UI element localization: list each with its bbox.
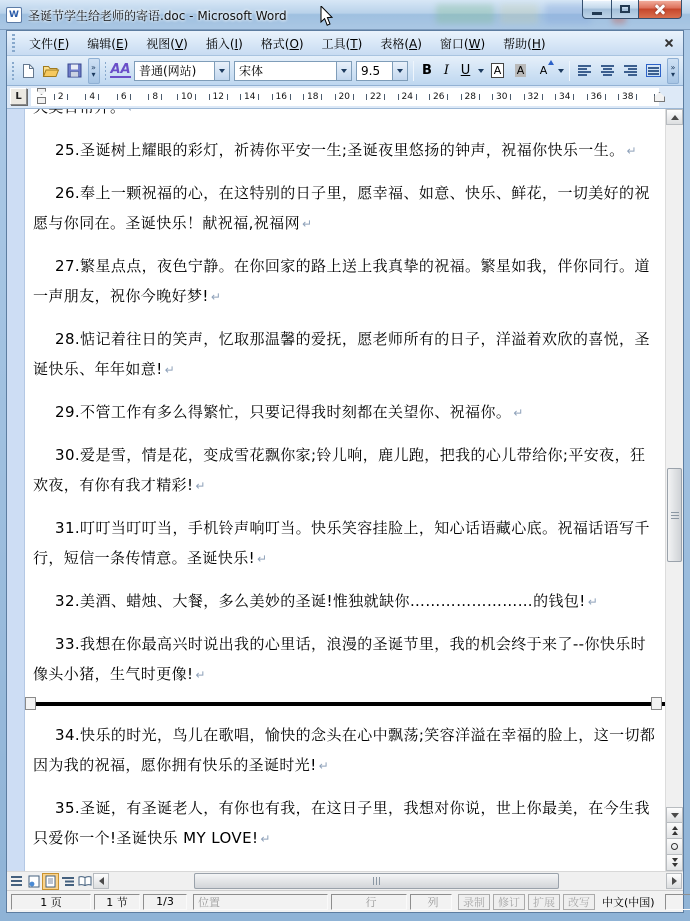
reading-layout-view-button[interactable]	[76, 873, 93, 890]
ruler-tick-cell: 8	[140, 92, 172, 102]
ruler-tick	[510, 94, 511, 100]
vertical-scrollbar[interactable]	[665, 109, 683, 871]
ruler-tick	[335, 94, 336, 100]
ruler-number: 32	[528, 92, 539, 102]
status-line: 行	[331, 894, 407, 910]
ruler-tick	[618, 94, 619, 100]
arrow-right-icon	[672, 877, 677, 885]
open-button[interactable]	[40, 59, 63, 82]
ruler-tick-cell: 30	[486, 92, 518, 102]
font-size-combobox[interactable]: 9.5	[356, 61, 408, 81]
ruler-tick	[492, 94, 493, 100]
character-border-icon: A	[491, 63, 505, 78]
font-dropdown-button[interactable]	[336, 62, 351, 80]
line-break-mark: ↵	[258, 832, 270, 846]
ruler-number: 18	[307, 92, 318, 102]
paragraph[interactable]: 天美日常开。↵	[33, 109, 657, 123]
ruler-tick	[177, 94, 178, 100]
ruler-tick-cell: 20	[329, 92, 361, 102]
status-empty-cell	[665, 894, 690, 910]
align-right-icon	[624, 65, 637, 76]
menu-item-8[interactable]: 窗口(W)	[431, 32, 494, 55]
paragraph-text: 26.奉上一颗祝福的心，在这特别的日子里，愿幸福、如意、快乐、鲜花，一切美好的祝…	[33, 184, 650, 232]
line-break-mark: ↵	[163, 363, 175, 377]
underline-dropdown-button[interactable]	[475, 59, 486, 82]
status-toggle-1[interactable]: 录制	[458, 894, 490, 910]
outline-view-button[interactable]	[59, 873, 76, 890]
ruler-tick	[85, 94, 86, 100]
vertical-scroll-thumb[interactable]	[667, 468, 682, 562]
ruler-number: 38	[622, 92, 633, 102]
dropdown-arrow-icon	[558, 69, 564, 73]
new-document-button[interactable]	[17, 59, 40, 82]
ruler-number: 10	[181, 92, 192, 102]
paragraph[interactable]: 35.圣诞，有圣诞老人，有你也有我，在这日子里，我想对你说，世上你最美，在今生我…	[33, 793, 657, 854]
scroll-left-button[interactable]	[93, 873, 109, 889]
ruler-tick-cell: 24	[392, 92, 424, 102]
page-left-margin-strip	[7, 109, 25, 871]
paragraph-text: 29.不管工作有多么得繁忙，只要记得我时刻都在关望你、祝福你。	[55, 403, 511, 421]
ruler-number: 8	[152, 92, 158, 102]
outline-view-icon	[62, 876, 74, 887]
tab-selector-button[interactable]: L	[10, 88, 27, 105]
ruler-tick	[67, 94, 68, 100]
hanging-indent-marker[interactable]	[37, 97, 46, 104]
save-floppy-icon	[67, 63, 82, 78]
status-toggle-3[interactable]: 扩展	[528, 894, 560, 910]
ruler-tick	[54, 94, 55, 100]
menu-item-1[interactable]: 文件(F)	[20, 32, 78, 55]
menu-drag-handle[interactable]	[12, 34, 17, 52]
paragraph[interactable]: 30.爱是雪，情是花，变成雪花飘你家;铃儿响，鹿儿跑，把我的心儿带给你;平安夜，…	[33, 440, 657, 501]
line-break-mark: ↵	[625, 144, 637, 158]
paragraph-text: 28.惦记着往日的笑声，忆取那温馨的爱抚，愿老师所有的日子，洋溢着欢欣的喜悦，圣…	[33, 330, 650, 378]
ruler-tick	[195, 94, 196, 100]
ruler-tick	[429, 94, 430, 100]
font-size-dropdown-button[interactable]	[392, 62, 407, 80]
save-button[interactable]	[63, 59, 86, 82]
ruler-tick	[227, 94, 228, 100]
distribute-icon	[646, 64, 661, 77]
ruler-number: 30	[496, 92, 507, 102]
font-combobox[interactable]: 宋体	[234, 61, 352, 81]
page-break-handle	[25, 697, 36, 710]
line-break-mark: ↵	[300, 217, 312, 231]
ruler-tick-cell: 22	[360, 92, 392, 102]
paragraph-text: 31.叮叮当叮叮当，手机铃声响叮当。快乐笑容挂脸上，知心话语藏心底。祝福话语写千…	[33, 519, 650, 567]
character-shading-button[interactable]: A	[509, 59, 532, 82]
maximize-button[interactable]	[611, 0, 639, 19]
status-column: 列	[410, 894, 452, 910]
ruler-number: 4	[89, 92, 95, 102]
underline-icon: U	[461, 63, 471, 78]
ruler-tick	[573, 94, 574, 100]
styles-icon: AA	[110, 63, 130, 78]
ruler-tick	[384, 94, 385, 100]
paragraph-text: 33.我想在你最高兴时说出我的心里话，浪漫的圣诞节里，我的机会终于来了--你快乐…	[33, 635, 646, 683]
ruler-tick	[98, 94, 99, 100]
ruler-tick-cell: 28	[455, 92, 487, 102]
select-browse-object-button[interactable]	[666, 838, 683, 855]
bold-button[interactable]: B	[417, 59, 437, 82]
ruler-tick-cell: 34	[549, 92, 581, 102]
line-break-mark: ↵	[586, 595, 598, 609]
ruler-tick-cell: 4	[77, 92, 109, 102]
toolbar-drag-handle[interactable]	[105, 62, 107, 80]
chevron-down-icon: ▾	[671, 71, 675, 78]
ruler-tick-cell: 26	[423, 92, 455, 102]
paragraph-text: 30.爱是雪，情是花，变成雪花飘你家;铃儿响，鹿儿跑，把我的心儿带给你;平安夜，…	[33, 446, 645, 494]
document-page[interactable]: 天美日常开。↵ 25.圣诞树上耀眼的彩灯，祈祷你平安一生;圣诞夜里悠扬的钟声，祝…	[25, 109, 665, 871]
status-page-number: 1 页	[11, 894, 91, 910]
paragraph[interactable]: 25.圣诞树上耀眼的彩灯，祈祷你平安一生;圣诞夜里悠扬的钟声，祝福你快乐一生。↵	[33, 135, 657, 166]
scroll-up-button[interactable]	[666, 109, 683, 125]
ruler-tick	[240, 94, 241, 100]
line-break-mark: ↵	[209, 290, 221, 304]
vertical-scroll-track[interactable]	[666, 125, 683, 807]
font-size-value: 9.5	[357, 64, 392, 78]
paragraph[interactable]: ↵	[33, 866, 657, 871]
window-title: 圣诞节学生给老师的寄语.doc - Microsoft Word	[28, 7, 287, 24]
ruler-tick	[447, 94, 448, 100]
ruler-tick	[636, 94, 637, 100]
print-layout-icon	[45, 875, 56, 888]
ruler-number: 22	[370, 92, 381, 102]
ruler-number: 6	[121, 92, 127, 102]
mouse-cursor	[320, 6, 334, 27]
ruler-number: 24	[402, 92, 413, 102]
web-layout-view-button[interactable]	[25, 873, 42, 890]
horizontal-scroll-row	[7, 871, 683, 890]
ruler-tick	[461, 94, 462, 100]
ruler-tick	[353, 94, 354, 100]
ruler-tick	[524, 94, 525, 100]
ruler-tick	[555, 94, 556, 100]
italic-button[interactable]: I	[437, 59, 456, 82]
ruler-number: 28	[465, 92, 476, 102]
horizontal-scroll-track[interactable]	[109, 873, 666, 889]
menu-item-3[interactable]: 视图(V)	[137, 32, 197, 55]
normal-view-button[interactable]	[8, 873, 25, 890]
minimize-icon	[592, 12, 602, 15]
paragraph[interactable]: 28.惦记着往日的笑声，忆取那温馨的爱抚，愿老师所有的日子，洋溢着欢欣的喜悦，圣…	[33, 324, 657, 385]
dropdown-arrow-icon	[219, 69, 225, 73]
minimize-button[interactable]	[582, 0, 612, 19]
arrow-up-icon	[671, 115, 679, 120]
reading-layout-icon	[78, 875, 92, 887]
ruler-tick	[161, 94, 162, 100]
status-toggles: 录制修订扩展改写	[458, 894, 595, 910]
page-break-line	[25, 702, 665, 706]
ruler-tick	[258, 94, 259, 100]
menu-item-9[interactable]: 帮助(H)	[494, 32, 554, 55]
menu-item-2[interactable]: 编辑(E)	[78, 32, 137, 55]
print-layout-view-button[interactable]	[42, 873, 59, 890]
paragraph-text: 天美日常开。	[33, 109, 125, 116]
character-scaling-dropdown-button[interactable]	[555, 59, 566, 82]
next-page-button[interactable]	[666, 854, 683, 871]
status-bar: 1 页 1 节 1/3 位置 行 列 录制修订扩展改写 中文(中国)	[7, 890, 683, 912]
arrow-down-icon	[671, 813, 679, 818]
paragraph-text: 27.繁星点点，夜色宁静。在你回家的路上送上我真挚的祝福。繁星如我，伴你同行。道…	[33, 257, 650, 305]
character-shading-icon: A	[515, 64, 527, 77]
align-center-button[interactable]	[596, 59, 619, 82]
underline-button[interactable]: U	[456, 59, 475, 82]
close-document-button[interactable]	[661, 35, 677, 51]
ruler-tick-cell: 36	[581, 92, 613, 102]
ruler-tick	[605, 94, 606, 100]
paragraph[interactable]: 33.我想在你最高兴时说出我的心里话，浪漫的圣诞节里，我的机会终于来了--你快乐…	[33, 629, 657, 690]
ruler-tick	[321, 94, 322, 100]
status-toggle-4[interactable]: 改写	[563, 894, 595, 910]
horizontal-ruler[interactable]: 24681012141618202224262830323436384	[31, 88, 659, 106]
ruler-row: L 24681012141618202224262830323436384	[7, 86, 683, 109]
ruler-tick	[366, 94, 367, 100]
menu-items: 文件(F)编辑(E)视图(V)插入(I)格式(O)工具(T)表格(A)窗口(W)…	[20, 32, 555, 55]
close-button[interactable]	[638, 0, 682, 19]
styles-and-formatting-button[interactable]: AA	[109, 59, 132, 82]
ruler-tick-cell: 14	[234, 92, 266, 102]
status-language[interactable]: 中文(中国)	[598, 894, 659, 910]
ruler-tick-cell: 10	[171, 92, 203, 102]
status-toggle-2[interactable]: 修订	[493, 894, 525, 910]
normal-view-icon	[11, 876, 22, 887]
dropdown-arrow-icon	[341, 69, 347, 73]
character-scaling-button[interactable]: A	[532, 59, 555, 82]
status-page-of-total: 1/3	[143, 894, 187, 910]
ruler-tick	[587, 94, 588, 100]
ruler-tick	[416, 94, 417, 100]
ruler-number: 16	[276, 92, 287, 102]
arrow-left-icon	[99, 877, 104, 885]
paragraph[interactable]: 29.不管工作有多么得繁忙，只要记得我时刻都在关望你、祝福你。↵	[33, 397, 657, 428]
paragraph-text: 32.美酒、蜡烛、大餐，多么美妙的圣诞!惟独就缺你……………………的钱包!	[55, 592, 586, 610]
scroll-right-button[interactable]	[666, 873, 682, 889]
menu-item-7[interactable]: 表格(A)	[371, 32, 431, 55]
status-section-number: 1 节	[94, 894, 140, 910]
style-value: 普通(网站)	[135, 62, 214, 79]
title-bar[interactable]: W 圣诞节学生给老师的寄语.doc - Microsoft Word	[0, 0, 690, 30]
word-app-icon[interactable]: W	[6, 7, 22, 23]
ruler-number: 34	[559, 92, 570, 102]
paragraph-text: 34.快乐的时光，鸟儿在歌唱，愉快的念头在心中飘荡;笑容洋溢在幸福的脸上，这一切…	[33, 726, 655, 774]
ruler-tick	[130, 94, 131, 100]
ruler-number: 14	[244, 92, 255, 102]
distribute-button[interactable]	[642, 59, 665, 82]
page-break-handle	[651, 697, 662, 710]
ruler-tick	[272, 94, 273, 100]
align-left-icon	[578, 65, 591, 76]
chevron-down-icon: ▾	[91, 71, 95, 78]
menu-item-5[interactable]: 格式(O)	[252, 32, 313, 55]
document-content: 天美日常开。↵ 25.圣诞树上耀眼的彩灯，祈祷你平安一生;圣诞夜里悠扬的钟声，祝…	[33, 109, 657, 871]
line-break-mark: ↵	[193, 479, 205, 493]
browse-object-icon	[671, 843, 678, 850]
font-value: 宋体	[235, 62, 336, 79]
scroll-down-button[interactable]	[666, 807, 683, 823]
line-break-mark: ↵	[125, 109, 137, 115]
paragraph-text: 35.圣诞，有圣诞老人，有你也有我，在这日子里，我想对你说，世上你最美，在今生我…	[33, 799, 650, 847]
ruler-tick-cell: 12	[203, 92, 235, 102]
toolbar-drag-handle[interactable]	[12, 62, 14, 80]
paragraph-text: 25.圣诞树上耀眼的彩灯，祈祷你平安一生;圣诞夜里悠扬的钟声，祝福你快乐一生。	[55, 141, 625, 159]
double-arrow-up-icon	[672, 826, 678, 835]
ruler-tick-cell: 6	[108, 92, 140, 102]
ruler-tick-cell: 32	[518, 92, 550, 102]
maximize-icon	[620, 5, 630, 13]
dropdown-arrow-icon	[478, 69, 484, 73]
web-layout-icon	[28, 875, 40, 888]
line-break-mark: ↵	[193, 668, 205, 682]
menu-item-6[interactable]: 工具(T)	[313, 32, 372, 55]
align-right-button[interactable]	[619, 59, 642, 82]
ruler-number: 36	[591, 92, 602, 102]
menu-bar: 文件(F)编辑(E)视图(V)插入(I)格式(O)工具(T)表格(A)窗口(W)…	[7, 31, 683, 56]
ruler-tick	[398, 94, 399, 100]
character-scaling-icon: A	[540, 64, 548, 77]
line-break-mark: ↵	[511, 406, 523, 420]
paragraph[interactable]: 27.繁星点点，夜色宁静。在你回家的路上送上我真挚的祝福。繁星如我，伴你同行。道…	[33, 251, 657, 312]
ruler-number: 12	[213, 92, 224, 102]
ruler-tick	[479, 94, 480, 100]
ruler-tick-cell: 16	[266, 92, 298, 102]
character-border-button[interactable]: A	[486, 59, 509, 82]
open-folder-icon	[42, 64, 60, 78]
bold-icon: B	[422, 63, 432, 78]
new-document-icon	[21, 63, 36, 79]
status-position: 位置	[193, 894, 328, 910]
ruler-tick-cell: 38	[612, 92, 644, 102]
dropdown-arrow-icon	[397, 69, 403, 73]
toolbar-options-button[interactable]: »▾	[88, 58, 100, 84]
ruler-tick	[303, 94, 304, 100]
ruler-tick	[209, 94, 210, 100]
toolbar-options-button[interactable]: »▾	[667, 58, 679, 84]
ruler-tick	[148, 94, 149, 100]
ruler-tick	[117, 94, 118, 100]
ruler-number: 26	[433, 92, 444, 102]
ruler-tick	[542, 94, 543, 100]
align-center-icon	[601, 65, 614, 76]
paragraph[interactable]: 34.快乐的时光，鸟儿在歌唱，愉快的念头在心中飘荡;笑容洋溢在幸福的脸上，这一切…	[33, 720, 657, 781]
horizontal-scroll-thumb[interactable]	[194, 873, 559, 889]
ruler-tick-cell: 18	[297, 92, 329, 102]
italic-icon: I	[444, 63, 449, 78]
previous-page-button[interactable]	[666, 822, 683, 839]
double-arrow-down-icon	[672, 858, 678, 867]
style-combobox[interactable]: 普通(网站)	[134, 61, 230, 81]
glass-smudge	[500, 4, 538, 24]
align-left-button[interactable]	[573, 59, 596, 82]
paragraph[interactable]: 26.奉上一颗祝福的心，在这特别的日子里，愿幸福、如意、快乐、鲜花，一切美好的祝…	[33, 178, 657, 239]
paragraph[interactable]: 31.叮叮当叮叮当，手机铃声响叮当。快乐笑容挂脸上，知心话语藏心底。祝福话语写千…	[33, 513, 657, 574]
line-break-mark: ↵	[317, 759, 329, 773]
glass-smudge	[436, 4, 494, 24]
line-break-mark: ↵	[255, 552, 267, 566]
menu-item-4[interactable]: 插入(I)	[197, 32, 252, 55]
toolbar: »▾ AA 普通(网站) 宋体 9.5 B I U A A A	[7, 56, 683, 86]
paragraph[interactable]: 32.美酒、蜡烛、大餐，多么美妙的圣诞!惟独就缺你……………………的钱包!↵	[33, 586, 657, 617]
style-dropdown-button[interactable]	[214, 62, 229, 80]
ruler-number: 2	[58, 92, 64, 102]
ruler-tick-cell: 2	[45, 92, 77, 102]
ruler-tick	[290, 94, 291, 100]
ruler-number: 20	[339, 92, 350, 102]
